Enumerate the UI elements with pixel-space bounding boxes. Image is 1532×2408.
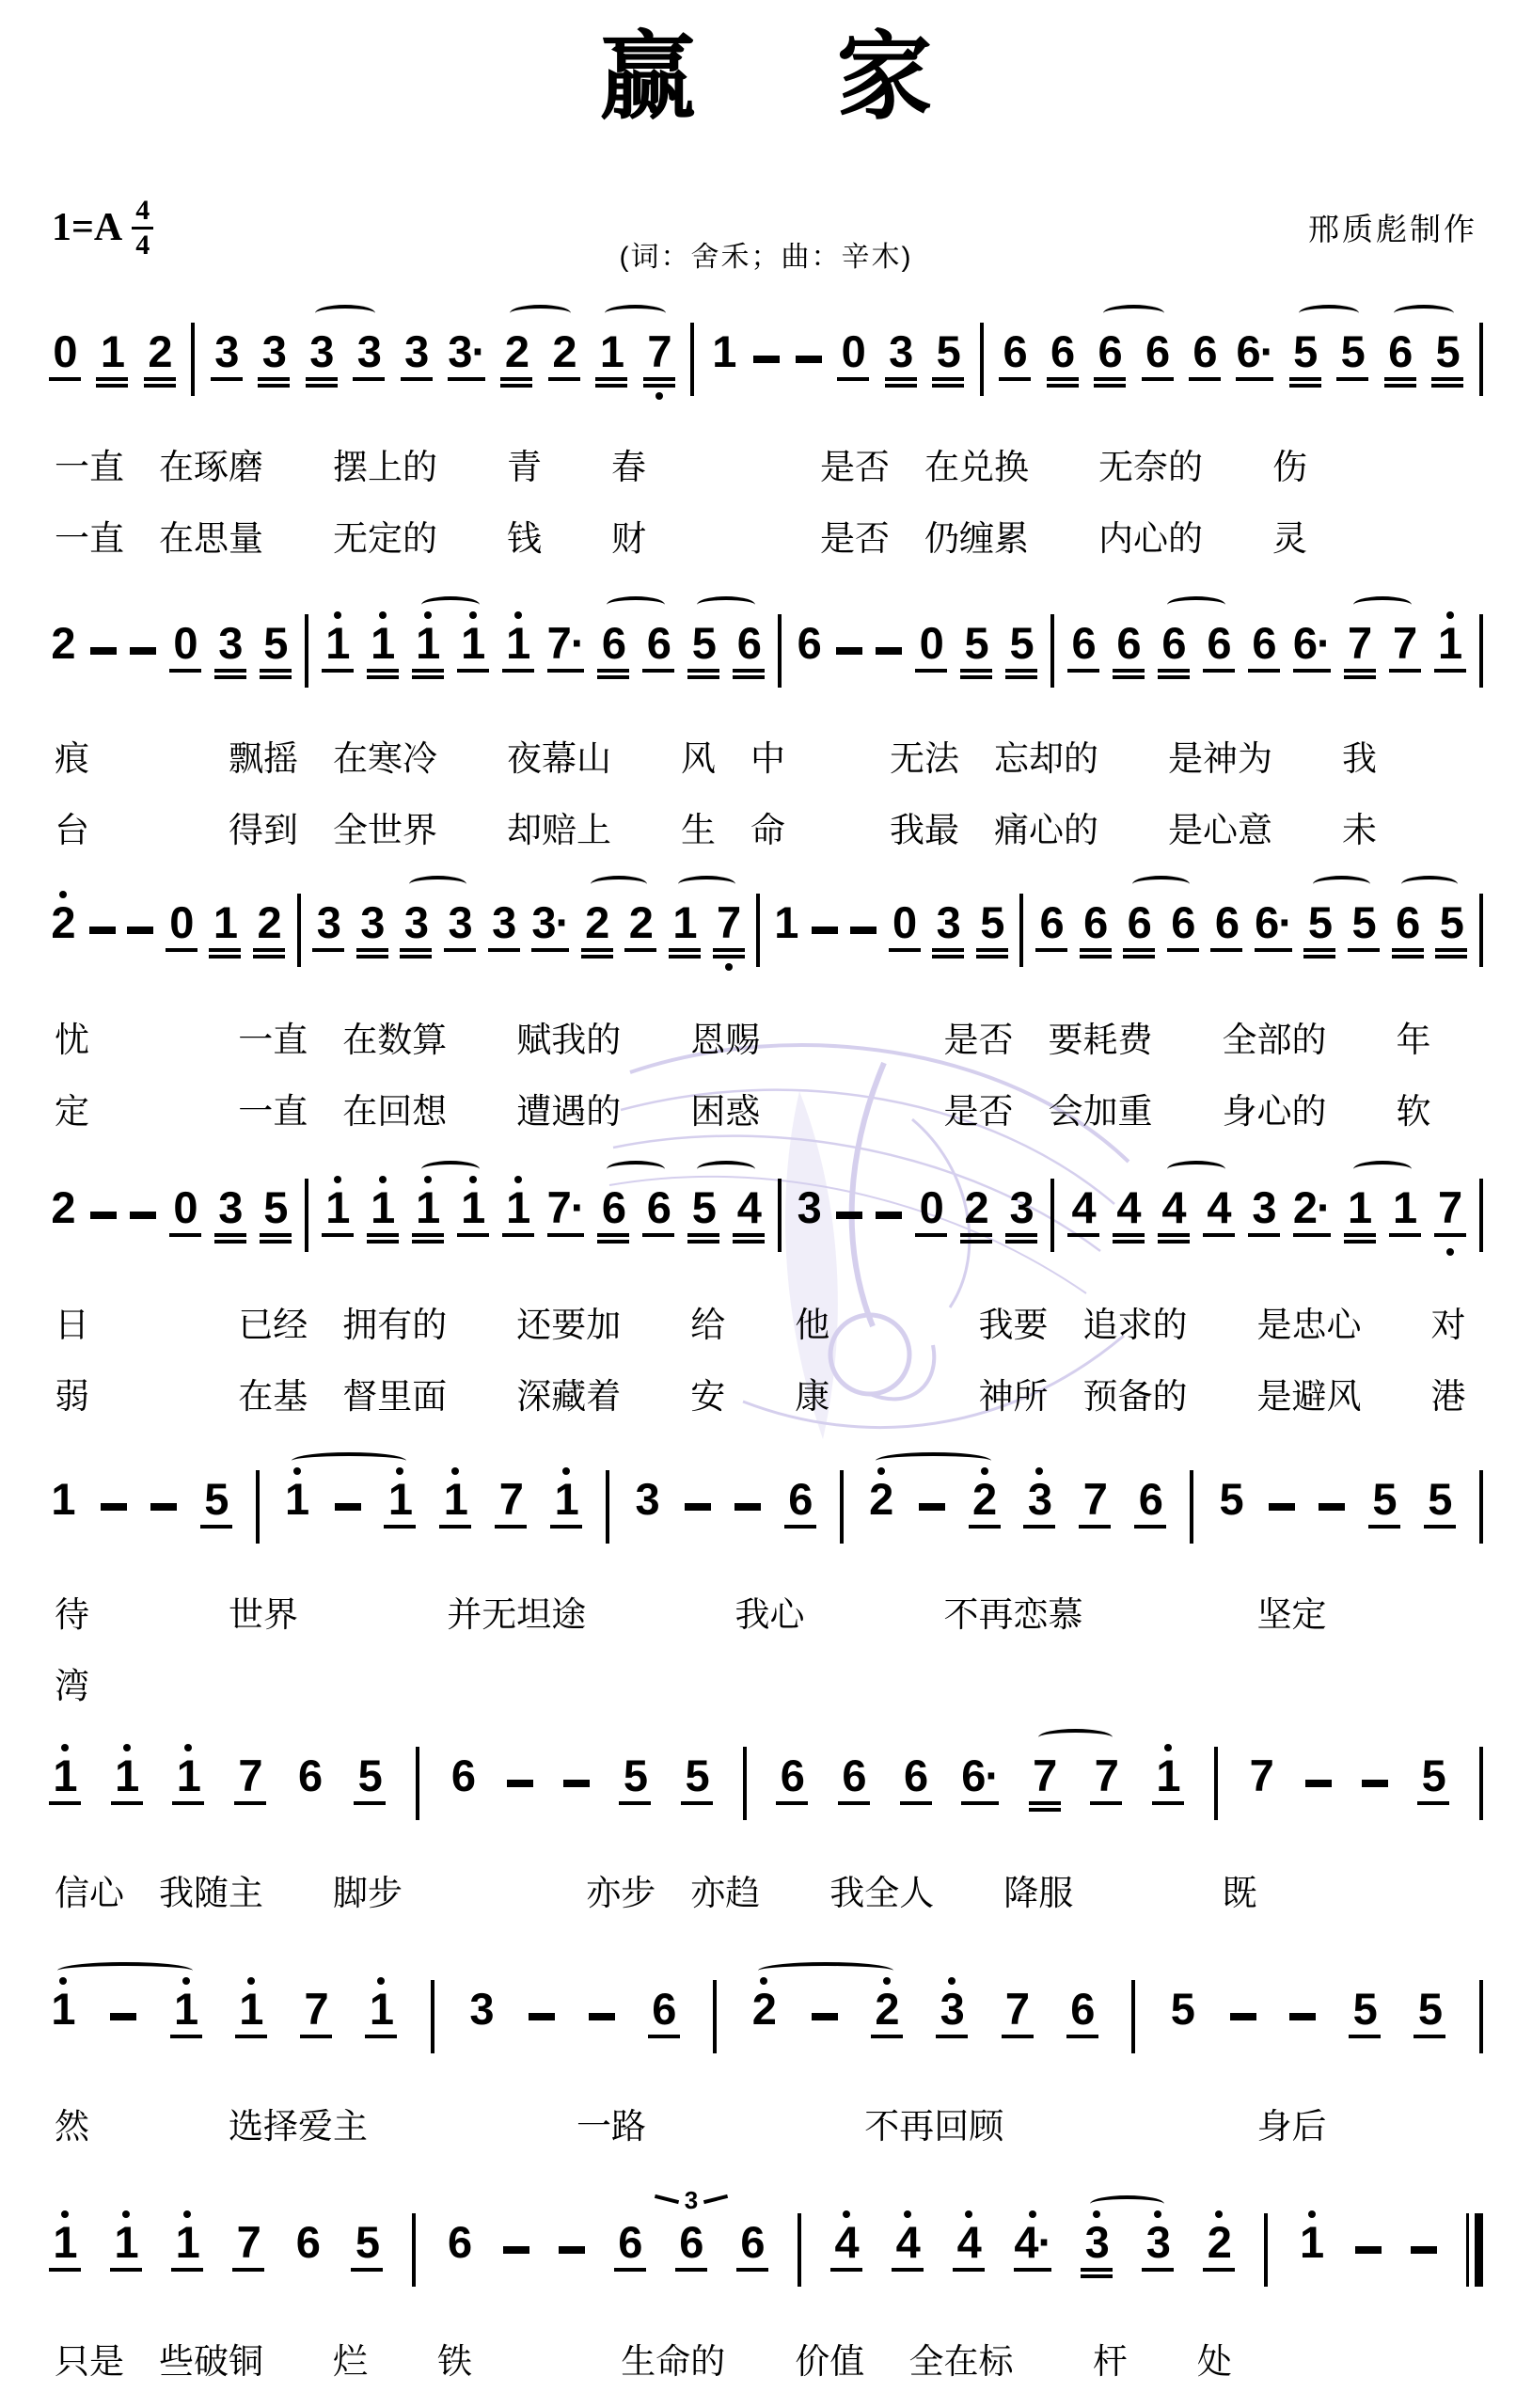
barline (1479, 614, 1483, 688)
notation-line-3: 2012333333·22171035666666·5565 (49, 870, 1483, 990)
note-token: 4 (1203, 1174, 1235, 1258)
note-token: 1 (439, 1465, 471, 1549)
note-token: 6 (1384, 318, 1416, 402)
barline (756, 894, 760, 967)
note-token: 3 (932, 889, 964, 973)
note-token: 6 (733, 610, 765, 693)
duration-dash (876, 647, 902, 655)
note-token: 5 (351, 2209, 383, 2292)
notation-line-5: 15111713622376555 (49, 1447, 1483, 1567)
note-token: 0 (837, 318, 869, 402)
note-token: 5 (681, 1742, 713, 1826)
note-token: 4 (1158, 1174, 1190, 1258)
duration-dash (919, 1503, 945, 1511)
note-token: 6 (1248, 610, 1280, 693)
lyric-line-3-verse1: 忧 一直 在数算 赋我的 恩赐 是否 要耗费 全部的 年 (55, 1020, 1513, 1061)
duration-dash (589, 2013, 615, 2020)
note-token: 6 (293, 2209, 322, 2292)
duration-dash (1319, 1503, 1345, 1511)
slur-tie-arc (1090, 2195, 1164, 2212)
note-token: 4 (953, 2209, 985, 2292)
notation-line-7: 111713622376555 (49, 1956, 1483, 2077)
lyric-line-4-verse2: 弱 在基 督里面 深藏着 安 康 神所 预备的 是避风 港 (55, 1376, 1513, 1418)
note-token: 2 (1203, 2209, 1235, 2292)
note-token: 3 (885, 318, 917, 402)
barline (1264, 2213, 1268, 2287)
duration-dash (507, 1780, 533, 1787)
slur-tie-arc (421, 1161, 480, 1178)
note-token: 6 (1080, 889, 1112, 973)
note-token: 1 (171, 2209, 203, 2292)
note-token: 0 (166, 889, 197, 973)
barline (1479, 894, 1483, 967)
note-token: 1 (365, 1975, 397, 2059)
note-token: 3 (356, 889, 388, 973)
note-token: 0 (49, 318, 81, 402)
note-token: 3 (467, 1975, 496, 2059)
note-token: 2 (581, 889, 613, 973)
note-token: 1 (457, 1174, 489, 1258)
note-token: 3 (1005, 1174, 1037, 1258)
duration-dash (563, 1780, 590, 1787)
note-token: 3 (258, 318, 290, 402)
note-token: 1 (1389, 1174, 1421, 1258)
note-token: 6 (449, 1742, 477, 1826)
duration-dash (130, 647, 156, 655)
note-token: 2 (750, 1975, 778, 2059)
note-token: 6 (736, 2209, 768, 2292)
lyric-line-2-verse1: 痕 飘摇 在寒冷 夜幕山 风 中 无法 忘却的 是神为 我 (55, 738, 1513, 780)
note-token: 6 (1134, 1465, 1166, 1549)
barline (606, 1470, 609, 1544)
note-token: 2 (871, 1975, 903, 2059)
note-token: 2· (1293, 1174, 1331, 1258)
barline (1479, 1980, 1483, 2053)
duration-dash (559, 2246, 585, 2254)
note-token: 3 (400, 889, 432, 973)
note-token: 5 (1414, 1975, 1445, 2059)
note-token: 5 (1217, 1465, 1245, 1549)
note-token: 5 (200, 1465, 232, 1549)
note-token: 6 (1203, 610, 1235, 693)
note-token: 4 (1067, 1174, 1099, 1258)
system-2: 2035111117·66566055666666·771 痕 飘摇 在寒冷 夜… (0, 591, 1532, 711)
note-token: 5 (687, 1174, 719, 1258)
octave-dot-below (725, 963, 733, 971)
note-token: 1 (322, 1174, 354, 1258)
slur-tie-arc (678, 876, 735, 893)
slur-tie-arc (605, 305, 666, 322)
note-token: 1 (209, 889, 241, 973)
note-token: 5 (687, 610, 719, 693)
note-token: 5 (932, 318, 964, 402)
duration-dash (110, 2013, 136, 2020)
slur-tie-arc (591, 876, 647, 893)
note-token: 5 (354, 1742, 386, 1826)
duration-dash (1230, 2013, 1256, 2020)
duration-dash (850, 927, 877, 934)
note-token: 7 (1002, 1975, 1034, 2059)
slur-tie-arc (697, 1161, 755, 1178)
slur-tie-arc (1167, 1161, 1225, 1178)
duration-dash (529, 2013, 555, 2020)
slur-tie-arc (607, 596, 665, 613)
note-token: 5 (976, 889, 1008, 973)
note-token: 3 (214, 610, 246, 693)
note-token: 2 (960, 1174, 992, 1258)
note-token: 6 (296, 1742, 324, 1826)
slur-tie-arc (758, 1962, 893, 1979)
triplet-bracket: 3 (614, 2188, 768, 2212)
slur-tie-arc (1353, 596, 1412, 613)
barline (256, 1470, 260, 1544)
slur-tie-arc (1167, 596, 1225, 613)
note-token: 0 (915, 1174, 947, 1258)
note-token: 6 (1066, 1975, 1098, 2059)
barline (743, 1747, 747, 1820)
note-token: 6 (784, 1465, 816, 1549)
note-token: 2 (500, 318, 532, 402)
note-token: 7 (1079, 1465, 1111, 1549)
slur-tie-arc (292, 1452, 406, 1469)
note-token: 7 (713, 889, 745, 973)
note-token: 1 (172, 1742, 204, 1826)
octave-dot-below (655, 392, 663, 400)
note-token: 5 (1417, 1742, 1449, 1826)
note-token: 3· (531, 889, 569, 973)
note-token: 5 (619, 1742, 651, 1826)
slur-tie-arc (1132, 876, 1190, 893)
note-token: 3· (448, 318, 485, 402)
note-token: 1 (235, 1975, 267, 2059)
note-token: 5 (1435, 889, 1467, 973)
duration-dash (836, 1212, 862, 1219)
notation-line-4: 2035111117·66543023444432·117 (49, 1155, 1483, 1275)
note-token: 0 (169, 1174, 201, 1258)
note-token: 1 (110, 2209, 142, 2292)
note-token: 7· (547, 1174, 585, 1258)
note-token: 1 (283, 1465, 311, 1549)
note-token: 5 (960, 610, 992, 693)
note-token: 1 (1344, 1174, 1376, 1258)
note-token: 3 (312, 889, 344, 973)
title-char-1: 赢 (600, 26, 696, 132)
duration-dash (503, 2246, 529, 2254)
note-token: 1 (595, 318, 627, 402)
note-token: 6 (1210, 889, 1242, 973)
note-token: 7 (300, 1975, 332, 2059)
barline (416, 1747, 419, 1820)
note-token: 0 (169, 610, 201, 693)
barline (1019, 894, 1023, 967)
duration-dash (812, 2013, 838, 2020)
barline (1479, 323, 1483, 396)
note-token: 6 (1189, 318, 1221, 402)
duration-dash (90, 647, 117, 655)
note-token: 1 (49, 1742, 81, 1826)
note-token: 6 (1142, 318, 1174, 402)
barline (713, 1980, 717, 2053)
lyric-line-5-carryover: 湾 (55, 1666, 1513, 1707)
system-6: 1117656556666·77175 信心 我随主 脚步 亦步 亦趋 我全人 … (0, 1723, 1532, 1844)
note-token: 1 (384, 1465, 416, 1549)
note-token: 5 (1289, 318, 1321, 402)
system-7: 111713622376555 然 选择爱主 一路 不再回顾 身后 (0, 1956, 1532, 2077)
note-token: 6 (614, 2209, 646, 2292)
note-token: 6 (597, 610, 629, 693)
duration-dash (1289, 2013, 1316, 2020)
slur-tie-arc (1353, 1161, 1412, 1178)
slur-tie-arc (697, 596, 755, 613)
song-title: 赢 家 (0, 26, 1532, 132)
note-token: 3 (306, 318, 338, 402)
notation-line-1: 012333333·22171035666666·5565 (49, 299, 1483, 420)
lyric-line-1-verse2: 一直 在思量 无定的 钱 财 是否 仍缠累 内心的 灵 (55, 518, 1513, 560)
note-token: 1 (502, 610, 534, 693)
note-token: 6 (1035, 889, 1067, 973)
note-token: 5 (1424, 1465, 1456, 1549)
duration-dash (1355, 2246, 1382, 2254)
duration-dash (150, 1503, 177, 1511)
barline (191, 323, 195, 396)
slur-tie-arc (57, 1962, 193, 1979)
note-token: 3 (1081, 2209, 1113, 2292)
note-token: 1 (669, 889, 701, 973)
note-token: 2 (867, 1465, 895, 1549)
note-token: 6 (1067, 610, 1099, 693)
duration-dash (127, 927, 153, 934)
note-token: 2 (624, 889, 656, 973)
note-token: 7 (1434, 1174, 1466, 1258)
note-token: 6 (900, 1742, 932, 1826)
note-token: 6 (1392, 889, 1424, 973)
note-token: 5 (260, 1174, 292, 1258)
note-token: 1 (49, 1465, 77, 1549)
note-token: 6 (446, 2209, 474, 2292)
note-token: 1 (1152, 1742, 1184, 1826)
duration-dash (812, 927, 838, 934)
note-token: 1 (49, 1975, 77, 2059)
note-token: 7 (495, 1465, 527, 1549)
note-token: 6 (1094, 318, 1126, 402)
note-token: 3 (214, 1174, 246, 1258)
barline (1131, 1980, 1135, 2053)
final-barline (1466, 2213, 1483, 2287)
note-token: 1 (412, 610, 444, 693)
barline (1479, 1747, 1483, 1820)
lyric-line-2-verse2: 台 得到 全世界 却赔上 生 命 我最 痛心的 是心意 未 (55, 810, 1513, 851)
note-token: 6 (1047, 318, 1079, 402)
duration-dash (90, 1212, 117, 1219)
note-token: 7 (1344, 610, 1376, 693)
note-token: 6· (961, 1742, 999, 1826)
note-token: 6 (1158, 610, 1190, 693)
slur-tie-arc (1038, 1729, 1113, 1746)
note-token: 0 (889, 889, 921, 973)
note-token: 4 (892, 2209, 924, 2292)
note-token: 1 (772, 889, 800, 973)
slur-tie-arc (876, 1452, 991, 1469)
duration-dash (753, 356, 780, 363)
note-token: 2 (49, 889, 77, 973)
note-token: 1 (367, 610, 399, 693)
note-token: 5 (1005, 610, 1037, 693)
note-token: 5 (1168, 1975, 1196, 2059)
note-token: 3 (444, 889, 476, 973)
duration-dash (1269, 1503, 1295, 1511)
barline (305, 1179, 308, 1252)
note-token: 4 (733, 1174, 765, 1258)
note-token: 6 (999, 318, 1031, 402)
note-token: 2 (969, 1465, 1001, 1549)
duration-dash (685, 1503, 711, 1511)
note-token: 1 (322, 610, 354, 693)
system-8: 11176566664444·33213 只是 些破铜 烂 铁 生命的 价值 全… (0, 2190, 1532, 2310)
barline (1214, 1747, 1218, 1820)
duration-dash (836, 647, 862, 655)
note-token: 4· (1014, 2209, 1051, 2292)
note-token: 7 (1389, 610, 1421, 693)
note-token: 6 (795, 610, 823, 693)
duration-dash (796, 356, 822, 363)
barline (840, 1470, 844, 1544)
system-5: 15111713622376555 待 世界 并无坦途 我心 不再恋慕 坚定 湾 (0, 1447, 1532, 1567)
notation-line-2: 2035111117·66566055666666·771 (49, 591, 1483, 711)
duration-dash (734, 1503, 761, 1511)
note-token: 6· (1236, 318, 1273, 402)
barline (1190, 1470, 1193, 1544)
slur-tie-arc (510, 305, 571, 322)
barline (412, 2213, 416, 2287)
duration-dash (1411, 2246, 1437, 2254)
note-token: 5 (1348, 889, 1380, 973)
note-token: 7 (643, 318, 675, 402)
barline (980, 323, 984, 396)
note-token: 6 (675, 2209, 707, 2292)
note-token: 1 (502, 1174, 534, 1258)
barline (305, 614, 308, 688)
note-token: 0 (915, 610, 947, 693)
system-1: 012333333·22171035666666·5565 一直 在琢磨 摆上的… (0, 299, 1532, 420)
note-token: 5 (1431, 318, 1463, 402)
lyric-line-5-verse1: 待 世界 并无坦途 我心 不再恋慕 坚定 (55, 1594, 1513, 1636)
duration-dash (1305, 1780, 1332, 1787)
system-4: 2035111117·66543023444432·117 日 已经 拥有的 还… (0, 1155, 1532, 1275)
note-token: 2 (253, 889, 285, 973)
note-token: 6 (648, 1975, 680, 2059)
note-token: 1 (96, 318, 128, 402)
note-token: 6 (642, 610, 674, 693)
lyric-line-7: 然 选择爱主 一路 不再回顾 身后 (55, 2106, 1513, 2147)
note-token: 6· (1293, 610, 1331, 693)
note-token: 6 (838, 1742, 870, 1826)
note-token: 3 (633, 1465, 661, 1549)
note-token: 2 (49, 1174, 77, 1258)
slur-tie-arc (1299, 305, 1359, 322)
note-token: 4 (1113, 1174, 1145, 1258)
note-token: 2 (49, 610, 77, 693)
note-token: 6 (776, 1742, 808, 1826)
slur-tie-arc (421, 596, 480, 613)
note-token: 2 (548, 318, 580, 402)
slur-tie-arc (1103, 305, 1164, 322)
barline (798, 2213, 801, 2287)
lyric-line-6: 信心 我随主 脚步 亦步 亦趋 我全人 降服 既 (55, 1873, 1513, 1914)
note-token: 1 (49, 2209, 81, 2292)
note-token: 5 (1368, 1465, 1400, 1549)
lyric-line-3-verse2: 定 一直 在回想 遭遇的 困惑 是否 会加重 身心的 软 (55, 1091, 1513, 1133)
note-token: 3 (401, 318, 433, 402)
lyric-line-4-verse1: 日 已经 拥有的 还要加 给 他 我要 追求的 是忠心 对 (55, 1305, 1513, 1346)
note-token: 6· (1255, 889, 1292, 973)
barline (297, 894, 301, 967)
note-token: 6 (642, 1174, 674, 1258)
title-char-2: 家 (837, 26, 933, 132)
lyric-line-8: 只是 些破铜 烂 铁 生命的 价值 全在标 杆 处 (55, 2341, 1513, 2383)
note-token: 1 (367, 1174, 399, 1258)
note-token: 1 (1298, 2209, 1326, 2292)
duration-dash (101, 1503, 127, 1511)
slur-tie-arc (1313, 876, 1370, 893)
note-token: 5 (1303, 889, 1335, 973)
note-token: 7 (1029, 1742, 1061, 1826)
producer-credit: 邢质彪制作 (1308, 205, 1477, 249)
barline (1479, 1179, 1483, 1252)
notation-line-8: 11176566664444·33213 (49, 2190, 1483, 2310)
octave-dot-below (1446, 1248, 1454, 1256)
note-token: 3 (488, 889, 520, 973)
slur-tie-arc (1394, 305, 1454, 322)
lyricist-composer-credits: (词：舍禾；曲：辛木) (0, 233, 1532, 275)
note-token: 1 (1434, 610, 1466, 693)
note-token: 3 (795, 1174, 823, 1258)
note-token: 5 (260, 610, 292, 693)
note-token: 7 (232, 2209, 264, 2292)
system-3: 2012333333·22171035666666·5565 忧 一直 在数算 … (0, 870, 1532, 990)
duration-dash (89, 927, 116, 934)
note-token: 4 (830, 2209, 862, 2292)
barline (690, 323, 694, 396)
note-token: 1 (457, 610, 489, 693)
note-token: 1 (412, 1174, 444, 1258)
slur-tie-arc (409, 876, 466, 893)
barline (778, 614, 782, 688)
note-token: 6 (1123, 889, 1155, 973)
sheet-music-page: 赢 家 1=A 4 4 (词：舍禾；曲：辛木) 邢质彪制作 012333333·… (0, 0, 1532, 2408)
barline (431, 1980, 434, 2053)
note-token: 6 (1113, 610, 1145, 693)
note-token: 7 (1247, 1742, 1275, 1826)
slur-tie-arc (607, 1161, 665, 1178)
note-token: 5 (1349, 1975, 1381, 2059)
note-token: 3 (1142, 2209, 1174, 2292)
note-token: 1 (170, 1975, 202, 2059)
barline (1050, 1179, 1054, 1252)
barline (778, 1179, 782, 1252)
barline (1479, 1470, 1483, 1544)
note-token: 3 (211, 318, 243, 402)
note-token: 7· (547, 610, 585, 693)
note-token: 3 (1023, 1465, 1055, 1549)
note-token: 3 (936, 1975, 968, 2059)
note-token: 3 (353, 318, 385, 402)
note-token: 1 (550, 1465, 582, 1549)
meter-numerator: 4 (132, 196, 153, 230)
note-token: 1 (710, 318, 738, 402)
slur-tie-arc (1401, 876, 1458, 893)
duration-dash (876, 1212, 902, 1219)
slur-tie-arc (315, 305, 375, 322)
